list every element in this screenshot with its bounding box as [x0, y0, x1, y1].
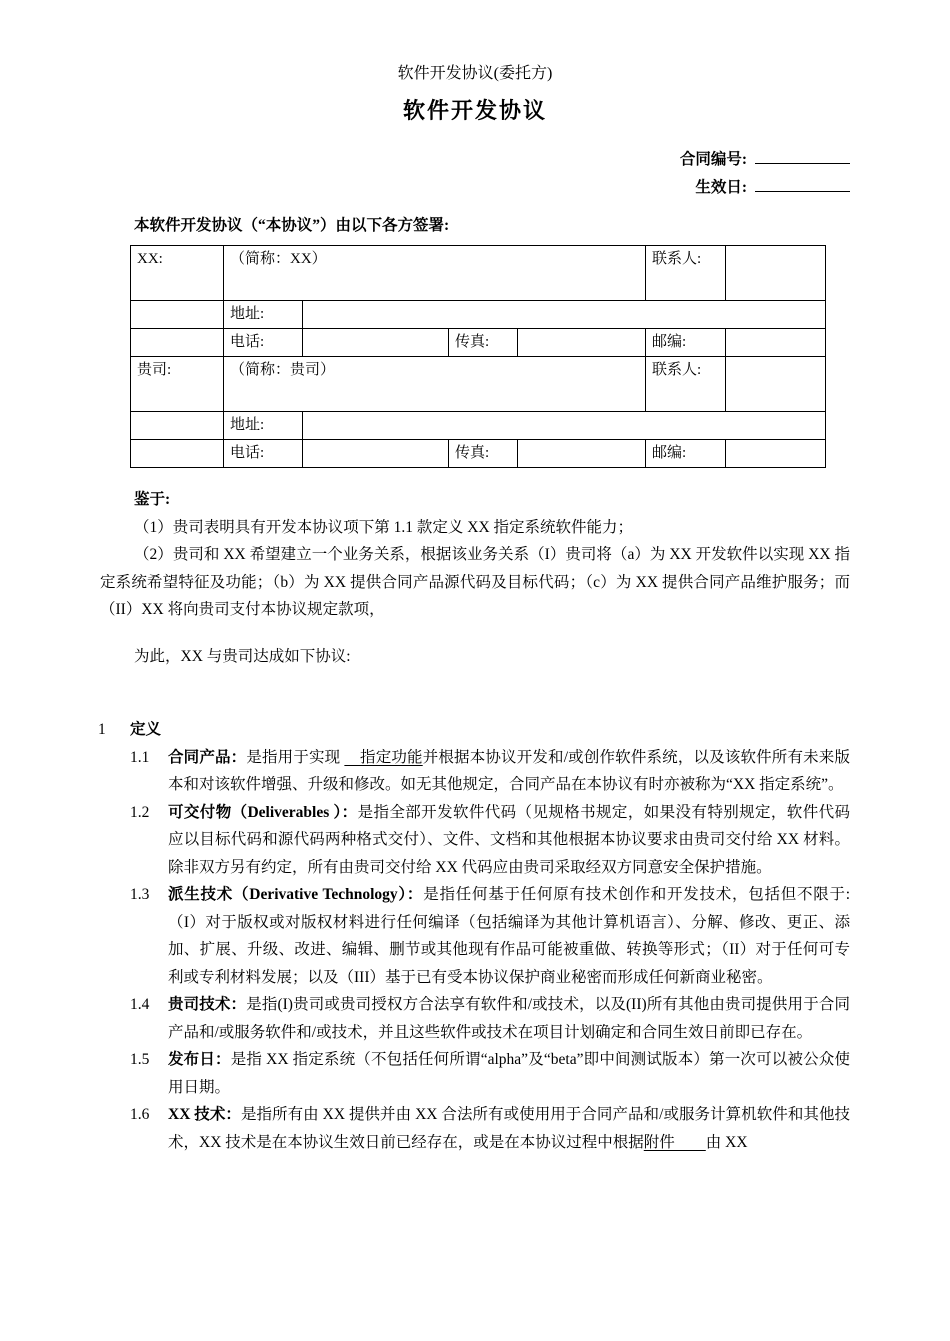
- section-1-heading: 1 定义: [100, 716, 850, 744]
- party1-shortname-cell: （简称：XX）: [224, 246, 646, 301]
- definition-term: 可交付物（Deliverables ）：: [168, 804, 358, 821]
- definition-term: 派生技术（Derivative Technology）：: [168, 886, 423, 903]
- contract-number-row: 合同编号:: [100, 146, 850, 174]
- doc-type-label: 软件开发协议(委托方): [100, 60, 850, 88]
- definition-underlined-text: 指定功能: [344, 749, 422, 766]
- therefore-clause: 为此，XX 与贵司达成如下协议:: [100, 643, 850, 671]
- contract-number-blank: [755, 149, 850, 164]
- party2-zip-value: [726, 440, 826, 468]
- party2-name-cell: 贵司:: [131, 357, 224, 412]
- party2-spacer-cell: [131, 412, 224, 440]
- party2-fax-label: 传真:: [449, 440, 518, 468]
- party1-phone-value: [303, 329, 449, 357]
- whereas-heading: 鉴于:: [100, 486, 850, 514]
- party2-address-label: 地址:: [224, 412, 303, 440]
- definition-term: XX 技术：: [168, 1106, 241, 1123]
- definition-term: 合同产品：: [168, 749, 246, 766]
- definition-term: 发布日：: [168, 1051, 231, 1068]
- definition-item-1-6: 1.6 XX 技术：是指所有由 XX 提供并由 XX 合法所有或使用用于合同产品…: [100, 1101, 850, 1156]
- definition-term: 贵司技术：: [168, 996, 246, 1013]
- party1-spacer-cell: [131, 329, 224, 357]
- contract-number-label: 合同编号:: [680, 151, 747, 168]
- party2-phone-value: [303, 440, 449, 468]
- contract-meta: 合同编号: 生效日:: [100, 146, 850, 202]
- party1-zip-label: 邮编:: [646, 329, 726, 357]
- definition-text: 是指用于实现: [246, 749, 344, 766]
- party2-fax-value: [518, 440, 646, 468]
- definition-number: 1.3: [130, 881, 149, 909]
- section-title: 定义: [130, 721, 161, 738]
- effective-date-blank: [755, 177, 850, 192]
- definition-item-1-2: 1.2 可交付物（Deliverables ）：是指全部开发软件代码（见规格书规…: [100, 799, 850, 882]
- definition-number: 1.1: [130, 744, 149, 772]
- definition-number: 1.2: [130, 799, 149, 827]
- definition-number: 1.5: [130, 1046, 149, 1074]
- definition-number: 1.6: [130, 1101, 149, 1129]
- party1-address-label: 地址:: [224, 301, 303, 329]
- definition-text: 是指(I)贵司或贵司授权方合法享有软件和/或技术，以及(II)所有其他由贵司提供…: [168, 996, 850, 1041]
- definition-number: 1.4: [130, 991, 149, 1019]
- party1-fax-value: [518, 329, 646, 357]
- definition-underlined-text: 附件: [644, 1134, 706, 1151]
- party1-contact-label: 联系人:: [646, 246, 726, 301]
- definition-item-1-3: 1.3 派生技术（Derivative Technology）：是指任何基于任何…: [100, 881, 850, 991]
- party2-spacer-cell: [131, 440, 224, 468]
- definition-item-1-4: 1.4 贵司技术：是指(I)贵司或贵司授权方合法享有软件和/或技术，以及(II)…: [100, 991, 850, 1046]
- party1-zip-value: [726, 329, 826, 357]
- definition-item-1-1: 1.1 合同产品：是指用于实现 指定功能并根据本协议开发和/或创作软件系统，以及…: [100, 744, 850, 799]
- party1-address-value: [303, 301, 826, 329]
- section-number: 1: [98, 716, 106, 744]
- effective-date-label: 生效日:: [695, 179, 747, 196]
- whereas-item-2: （2）贵司和 XX 希望建立一个业务关系，根据该业务关系（I）贵司将（a）为 X…: [100, 541, 850, 624]
- party1-phone-label: 电话:: [224, 329, 303, 357]
- party2-address-value: [303, 412, 826, 440]
- party2-zip-label: 邮编:: [646, 440, 726, 468]
- party1-contact-value: [726, 246, 826, 301]
- document-title: 软件开发协议: [100, 96, 850, 126]
- whereas-item-1: （1）贵司表明具有开发本协议项下第 1.1 款定义 XX 指定系统软件能力；: [100, 514, 850, 542]
- party1-spacer-cell: [131, 301, 224, 329]
- party2-shortname-cell: （简称：贵司）: [224, 357, 646, 412]
- party1-fax-label: 传真:: [449, 329, 518, 357]
- document-page: 软件开发协议(委托方) 软件开发协议 合同编号: 生效日: 本软件开发协议（“本…: [0, 0, 950, 1341]
- parties-table: XX: （简称：XX） 联系人: 地址: 电话: 传真: 邮编: 贵司: （简称…: [130, 245, 826, 468]
- party2-contact-label: 联系人:: [646, 357, 726, 412]
- party2-phone-label: 电话:: [224, 440, 303, 468]
- definition-item-1-5: 1.5 发布日：是指 XX 指定系统（不包括任何所谓“alpha”及“beta”…: [100, 1046, 850, 1101]
- party2-contact-value: [726, 357, 826, 412]
- signing-intro: 本软件开发协议（“本协议”）由以下各方签署:: [100, 212, 850, 240]
- effective-date-row: 生效日:: [100, 174, 850, 202]
- definition-text: 是指 XX 指定系统（不包括任何所谓“alpha”及“beta”即中间测试版本）…: [168, 1051, 850, 1096]
- definition-text: 由 XX: [706, 1134, 748, 1151]
- party1-name-cell: XX:: [131, 246, 224, 301]
